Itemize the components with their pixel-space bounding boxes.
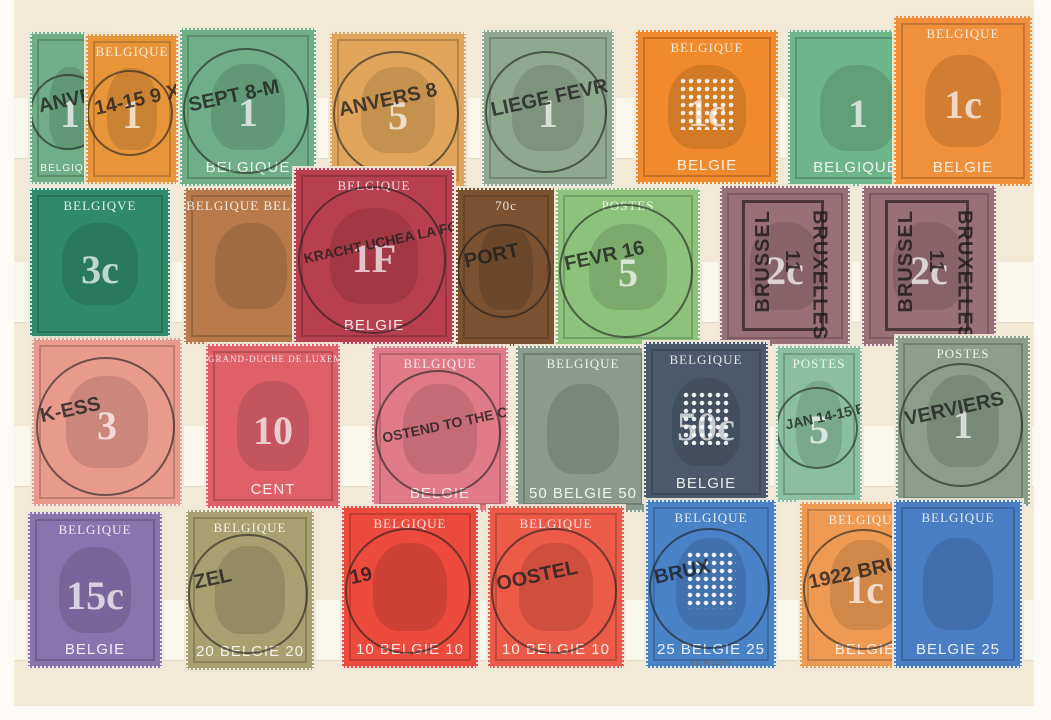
stamp: 70cPORT bbox=[456, 188, 556, 346]
stamp-denomination: 5 bbox=[558, 249, 698, 296]
stamp-bottom-label: BELGIE bbox=[646, 475, 766, 492]
stamp-denomination: 1c bbox=[896, 81, 1030, 128]
stamp: 2cBRUSSEL11BRUXELLES bbox=[720, 186, 850, 346]
stamp: BELGIQUE20 BELGIE 20ZEL bbox=[186, 510, 314, 670]
stamp: POSTES5FEVR 16 bbox=[556, 188, 700, 346]
stamp-bottom-label: CENT bbox=[208, 481, 338, 498]
stamp-top-label: BELGIQUE bbox=[88, 44, 176, 60]
stamp-top-label: 70c bbox=[458, 198, 554, 214]
stamp: BELGIQUE1cBELGIE bbox=[894, 16, 1032, 186]
stamp: 1LIEGE FEVR bbox=[482, 30, 614, 186]
stamp-denomination: 15c bbox=[30, 572, 160, 619]
precancel-text: 11 bbox=[924, 250, 947, 273]
stamp-top-label: BELGIQUE bbox=[188, 520, 312, 536]
printer-imprint: ED. PELLENS bbox=[648, 661, 774, 667]
stamp-bottom-label: BELGIE 25 bbox=[896, 641, 1020, 658]
stamp-top-label: BELGIQUE bbox=[296, 178, 452, 194]
stamp: 3K-ESS bbox=[32, 338, 182, 506]
precancel-text: BRUSSEL bbox=[752, 210, 775, 313]
stamp: BELGIQUEBELGIE 25 bbox=[894, 500, 1022, 668]
stamp-bottom-label: 20 BELGIE 20 bbox=[188, 643, 312, 660]
stamp-denomination: 1 bbox=[484, 90, 612, 137]
stamp-bottom-label: 50 BELGIE 50 bbox=[518, 485, 648, 502]
stamp-denomination: 1c bbox=[638, 89, 776, 136]
stamp-bottom-label: BELGIE bbox=[374, 485, 506, 502]
stamp-top-label: BELGIQUE bbox=[648, 510, 774, 526]
stamp-bottom-label: 10 BELGIE 10 bbox=[344, 641, 476, 658]
stamp-denomination: 1 bbox=[182, 89, 314, 136]
precancel-text: BRUSSEL bbox=[895, 210, 918, 313]
stamp-bottom-label: 10 BELGIE 10 bbox=[490, 641, 622, 658]
stamp-top-label: BELGIQVE bbox=[32, 198, 168, 214]
stamp-top-label: BELGIQUE bbox=[646, 352, 766, 368]
stamp: BELGIQUE10 BELGIE 1019 bbox=[342, 506, 478, 668]
stamp: BELGIQUE114-15 9 X bbox=[86, 34, 178, 184]
stamp-vignette bbox=[403, 384, 477, 475]
stamp-top-label: BELGIQUE bbox=[896, 26, 1030, 42]
stamp: BELGIQUE15cBELGIE bbox=[28, 512, 162, 668]
stamp: BELGIQVE3c bbox=[30, 188, 170, 340]
stamp: BELGIQUE50 BELGIE 50 bbox=[516, 346, 650, 512]
stamp-top-label: BELGIQUE bbox=[490, 516, 622, 532]
stamp: 2cBRUSSEL11BRUXELLES bbox=[862, 186, 996, 346]
stamp-bottom-label: 25 BELGIE 25 bbox=[648, 641, 774, 658]
stamp-top-label: BELGIQUE bbox=[374, 356, 506, 372]
stamp-denomination: 5 bbox=[778, 406, 860, 453]
stamp: BELGIQUE10 BELGIE 10OOSTEL bbox=[488, 506, 624, 668]
stamp-vignette bbox=[215, 546, 284, 633]
stamp-denomination: 5 bbox=[332, 92, 464, 139]
stamp-vignette bbox=[519, 543, 593, 632]
stamp-top-label: BELGIQUE bbox=[344, 516, 476, 532]
stamp-vignette bbox=[373, 543, 447, 632]
stamp: BELGIQUEBELGIEOSTEND TO THE CONTIN ES DA… bbox=[372, 346, 508, 512]
stamp-top-label: POSTES bbox=[898, 346, 1028, 362]
stamp-denomination: 10 bbox=[208, 407, 338, 454]
stamp-denomination: 50c bbox=[646, 403, 766, 450]
stamp: BELGIQUE25 BELGIE 25BRUXED. PELLENS bbox=[646, 500, 776, 668]
stamp-bottom-label: BELGIE bbox=[30, 641, 160, 658]
stamp-top-label: BELGIQUE bbox=[518, 356, 648, 372]
stamp: GRAND-DUCHE DE LUXEMBOURG10CENT bbox=[206, 344, 340, 508]
stamp-vignette bbox=[676, 538, 747, 630]
stamp-vignette bbox=[923, 538, 992, 630]
stamp-vignette bbox=[479, 224, 533, 310]
stamp-top-label: BELGIQUE bbox=[30, 522, 160, 538]
stamp-top-label: POSTES bbox=[558, 198, 698, 214]
stamp: POSTES5JAN 14-15 BRB 19C bbox=[776, 346, 862, 502]
stamp-bottom-label: BELGIE bbox=[896, 159, 1030, 176]
stamp-denomination: 1 bbox=[88, 91, 176, 138]
stamp-top-label: BELGIQUE bbox=[638, 40, 776, 56]
stamp: BELGIQUE1FBELGIEKRACHT UCHEA LA FORC bbox=[294, 168, 454, 344]
precancel-text: BRUXELLES bbox=[952, 210, 975, 340]
stamp-top-label: GRAND-DUCHE DE LUXEMBOURG bbox=[208, 354, 338, 364]
stamp-denomination: 1F bbox=[296, 235, 452, 282]
stamp-denomination: 3 bbox=[34, 402, 180, 449]
stamp: BELGIQUE1cBELGIE bbox=[636, 30, 778, 184]
stamp-bottom-label: BELGIE bbox=[638, 157, 776, 174]
stamp-bottom-label: BELGIE bbox=[296, 317, 452, 334]
page-edge bbox=[0, 706, 1051, 720]
stamp-vignette bbox=[547, 384, 620, 475]
stamp: BELGIQUE50cBELGIE bbox=[644, 342, 768, 502]
stamp-denomination: 3c bbox=[32, 246, 168, 293]
precancel-text: 11 bbox=[780, 250, 803, 273]
stamp-vignette bbox=[215, 223, 288, 308]
stamp-top-label: POSTES bbox=[778, 356, 860, 372]
stamp-denomination: 1 bbox=[898, 401, 1028, 448]
stamp: POSTES1VERVIERS bbox=[896, 336, 1030, 506]
stamp: 5ANVERS 8 bbox=[330, 32, 466, 188]
stamp-top-label: BELGIQUE bbox=[896, 510, 1020, 526]
precancel-text: BRUXELLES bbox=[808, 210, 831, 340]
stamp: 1BELGIQUESEPT 8-M bbox=[180, 28, 316, 186]
